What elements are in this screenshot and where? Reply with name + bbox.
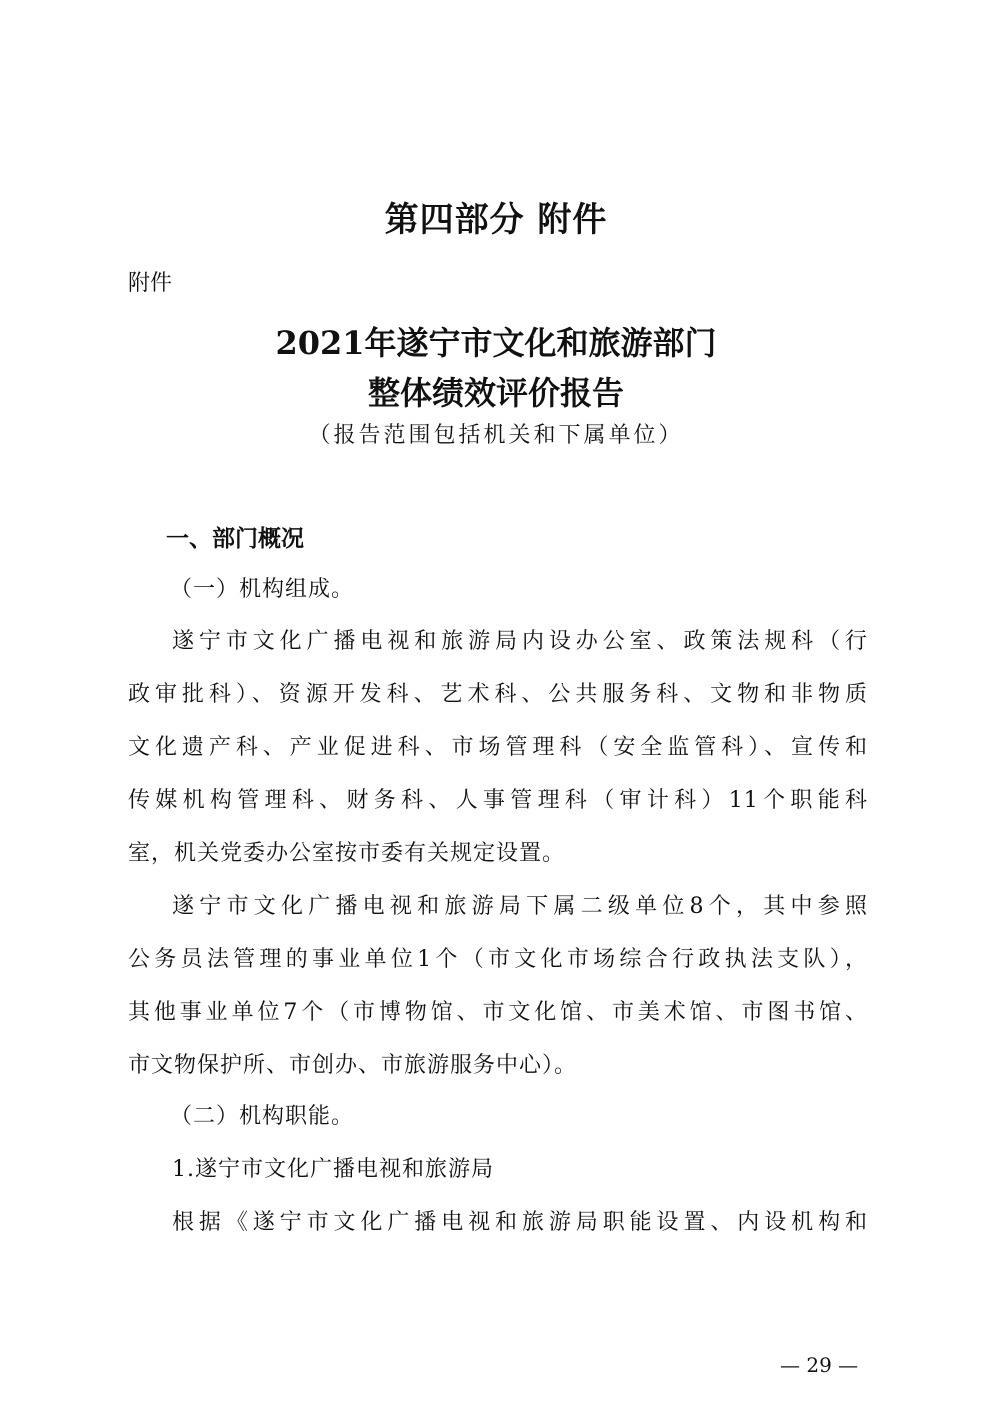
paragraph-2-line: 遂宁市文化广播电视和旅游局下属二级单位8个，其中参照: [172, 889, 868, 920]
paragraph-1-line: 遂宁市文化广播电视和旅游局内设办公室、政策法规科（行: [172, 624, 868, 655]
report-title-line-1: 2021年遂宁市文化和旅游部门: [0, 318, 992, 364]
page-number: — 29 —: [780, 1353, 858, 1377]
paragraph-3-line: 根据《遂宁市文化广播电视和旅游局职能设置、内设机构和: [172, 1205, 868, 1236]
subsection-heading-1: （一）机构组成。: [170, 572, 354, 603]
paragraph-2-line: 公务员法管理的事业单位1个（市文化市场综合行政执法支队），: [128, 942, 868, 973]
attachment-label: 附件: [128, 266, 172, 297]
paragraph-1-line: 文化遗产科、产业促进科、市场管理科（安全监管科）、宣传和: [128, 730, 868, 761]
report-scope: （报告范围包括机关和下属单位）: [0, 418, 992, 449]
report-title-line-2: 整体绩效评价报告: [0, 368, 992, 414]
subsection-heading-2: （二）机构职能。: [170, 1099, 354, 1130]
paragraph-2-line: 其他事业单位7个（市博物馆、市文化馆、市美术馆、市图书馆、: [128, 995, 868, 1026]
part-title: 第四部分 附件: [0, 192, 992, 241]
item-heading-1: 1.遂宁市文化广播电视和旅游局: [172, 1152, 494, 1183]
paragraph-1-line: 传媒机构管理科、财务科、人事管理科（审计科）11个职能科: [128, 783, 868, 814]
section-heading: 一、部门概况: [166, 520, 304, 553]
paragraph-2-line: 市文物保护所、市创办、市旅游服务中心）。: [128, 1048, 577, 1079]
paragraph-1-line: 政审批科）、资源开发科、艺术科、公共服务科、文物和非物质: [128, 677, 868, 708]
paragraph-1-line: 室，机关党委办公室按市委有关规定设置。: [128, 836, 565, 867]
